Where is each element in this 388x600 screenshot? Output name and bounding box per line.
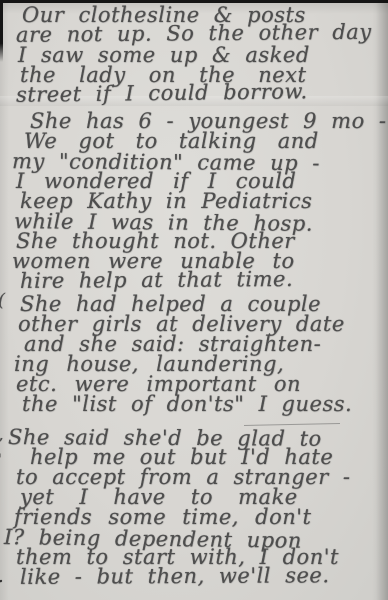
handwritten-line: street if I could borrow. [0,80,388,105]
handwritten-line: keep Kathy in Pediatrics [0,191,388,211]
handwritten-line: She had helped a couple [0,294,388,314]
handwritten-line: my "condition" came up - [0,151,388,174]
margin-stray-mark: , [0,424,4,445]
handwritten-line: like - but then, we'll see. [0,565,388,587]
handwritten-line: the "list of don'ts" I guess. [0,394,388,414]
handwritten-line: while I was in the hosp. [0,211,388,234]
handwritten-line: other girls at delivery date [0,314,388,334]
handwritten-line: to accept from a stranger - [0,467,388,487]
handwritten-line: ing house, laundering, [0,354,388,374]
handwritten-line: We got to talking and [0,131,388,151]
handwritten-line: etc. were important on [0,374,388,394]
handwritten-line: are not up. So the other day [0,22,388,45]
handwritten-line: yet I have to make [0,487,388,507]
handwritten-line: She said she'd be glad to [0,427,388,449]
handwritten-line: I saw some up & asked [0,45,388,65]
handwritten-line: and she said: straighten- [0,334,388,354]
margin-stray-mark: ( [0,290,5,311]
handwritten-line: hire help at that time. [0,268,388,291]
margin-stray-mark: . [0,566,4,587]
scanned-letter-page: Our clothesline & postsare not up. So th… [0,0,388,600]
handwritten-line: friends some time, don't [0,507,388,527]
handwritten-line: I? being dependent upon [0,527,388,552]
letter-body: Our clothesline & postsare not up. So th… [0,5,388,587]
margin-stray-mark: ' [0,452,2,468]
handwritten-line: She has 6 - youngest 9 mo - [0,111,388,131]
